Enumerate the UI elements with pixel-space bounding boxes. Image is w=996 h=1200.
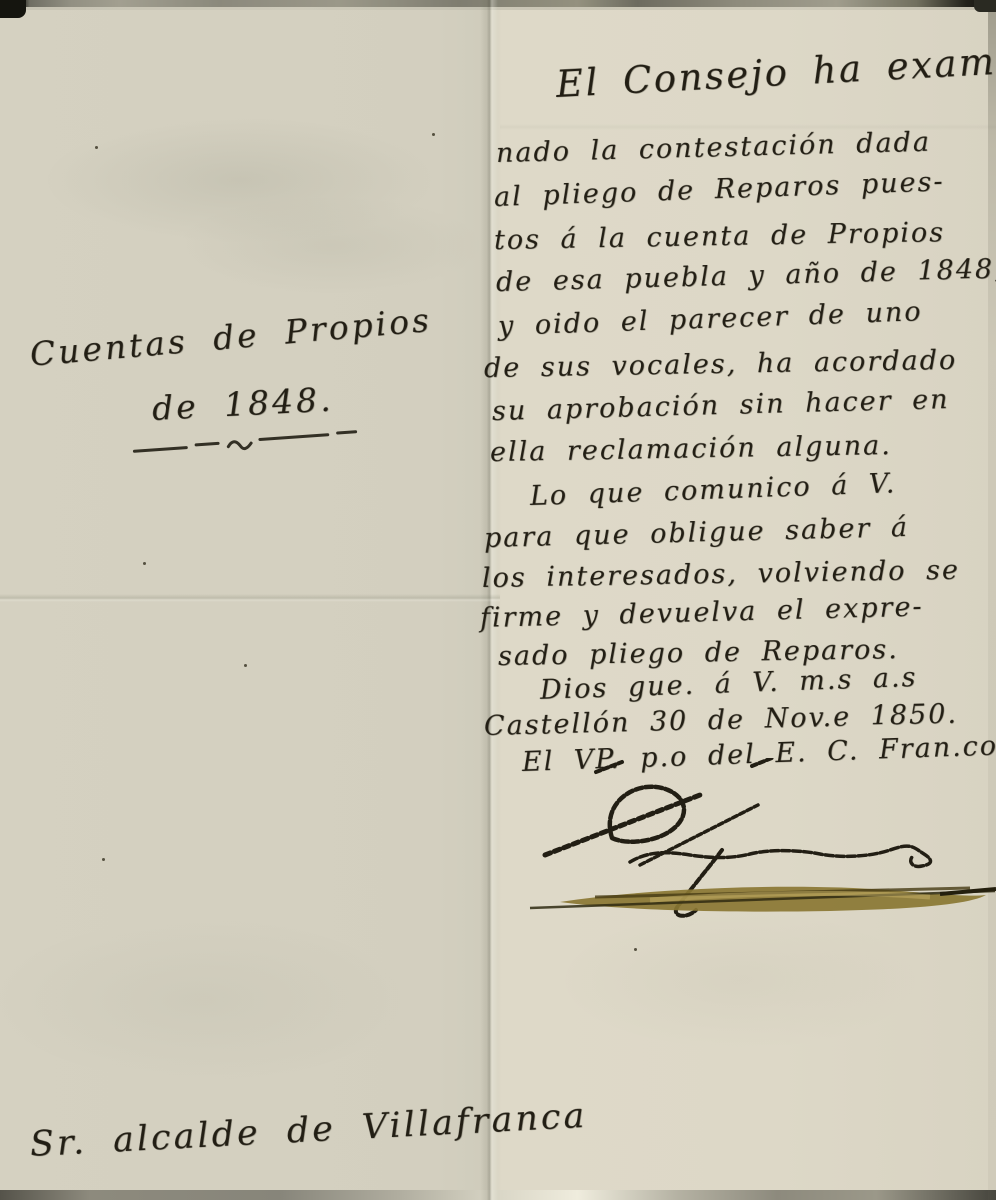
scanned-letter-page: Cuentas de Propios de 1848. El Consejo h… xyxy=(0,0,996,1200)
letter-line: tos á la cuenta de Propios xyxy=(494,219,946,254)
ink-speck xyxy=(143,562,146,565)
scan-edge-top-shadow xyxy=(0,7,996,10)
address-line: Sr. alcalde de Villafranca xyxy=(29,1099,588,1163)
ink-speck xyxy=(244,664,247,667)
flourish-squiggle xyxy=(228,441,251,450)
signature-flourish xyxy=(500,758,996,923)
signature-name-squiggle xyxy=(630,846,931,866)
letter-line: ella reclamación alguna. xyxy=(490,432,892,466)
letter-line: El Consejo ha exami- xyxy=(555,41,996,103)
scan-edge-top xyxy=(0,0,996,7)
signature-tick xyxy=(596,762,622,772)
scan-corner-top-left xyxy=(0,0,26,18)
letter-line: firme y devuelva el expre- xyxy=(480,593,924,632)
signature-tick xyxy=(752,758,772,766)
ink-speck xyxy=(102,858,105,861)
scan-edge-right xyxy=(988,0,996,1200)
letter-line: al pliego de Reparos pues- xyxy=(494,168,945,211)
letter-line: los interesados, volviendo se xyxy=(482,557,960,592)
flourish-dash xyxy=(338,432,356,433)
scan-edge-bottom xyxy=(0,1190,996,1200)
letter-line: nado la contestación dada xyxy=(496,129,932,167)
letter-line: de esa puebla y año de 1848, xyxy=(496,256,996,296)
letter-line: su aprobación sin hacer en xyxy=(492,386,950,425)
horizontal-fold-crease xyxy=(0,594,500,602)
flourish-dash xyxy=(196,443,218,445)
scan-corner-top-right xyxy=(974,0,996,12)
letter-line: de sus vocales, ha acordado xyxy=(484,347,958,382)
margin-note-line2: de 1848. xyxy=(151,383,334,425)
letter-line: para que obligue saber á xyxy=(484,514,910,552)
ink-speck xyxy=(634,948,637,951)
letter-line: Lo que comunico á V. xyxy=(530,470,897,510)
gold-ink-smear xyxy=(530,887,996,912)
margin-note-line1: Cuentas de Propios xyxy=(29,303,433,371)
flourish-dash xyxy=(134,448,186,452)
letter-line: y oido el parecer de uno xyxy=(498,298,923,340)
ink-speck xyxy=(432,133,435,136)
ink-speck xyxy=(95,146,98,149)
flourish-dash xyxy=(260,435,328,440)
